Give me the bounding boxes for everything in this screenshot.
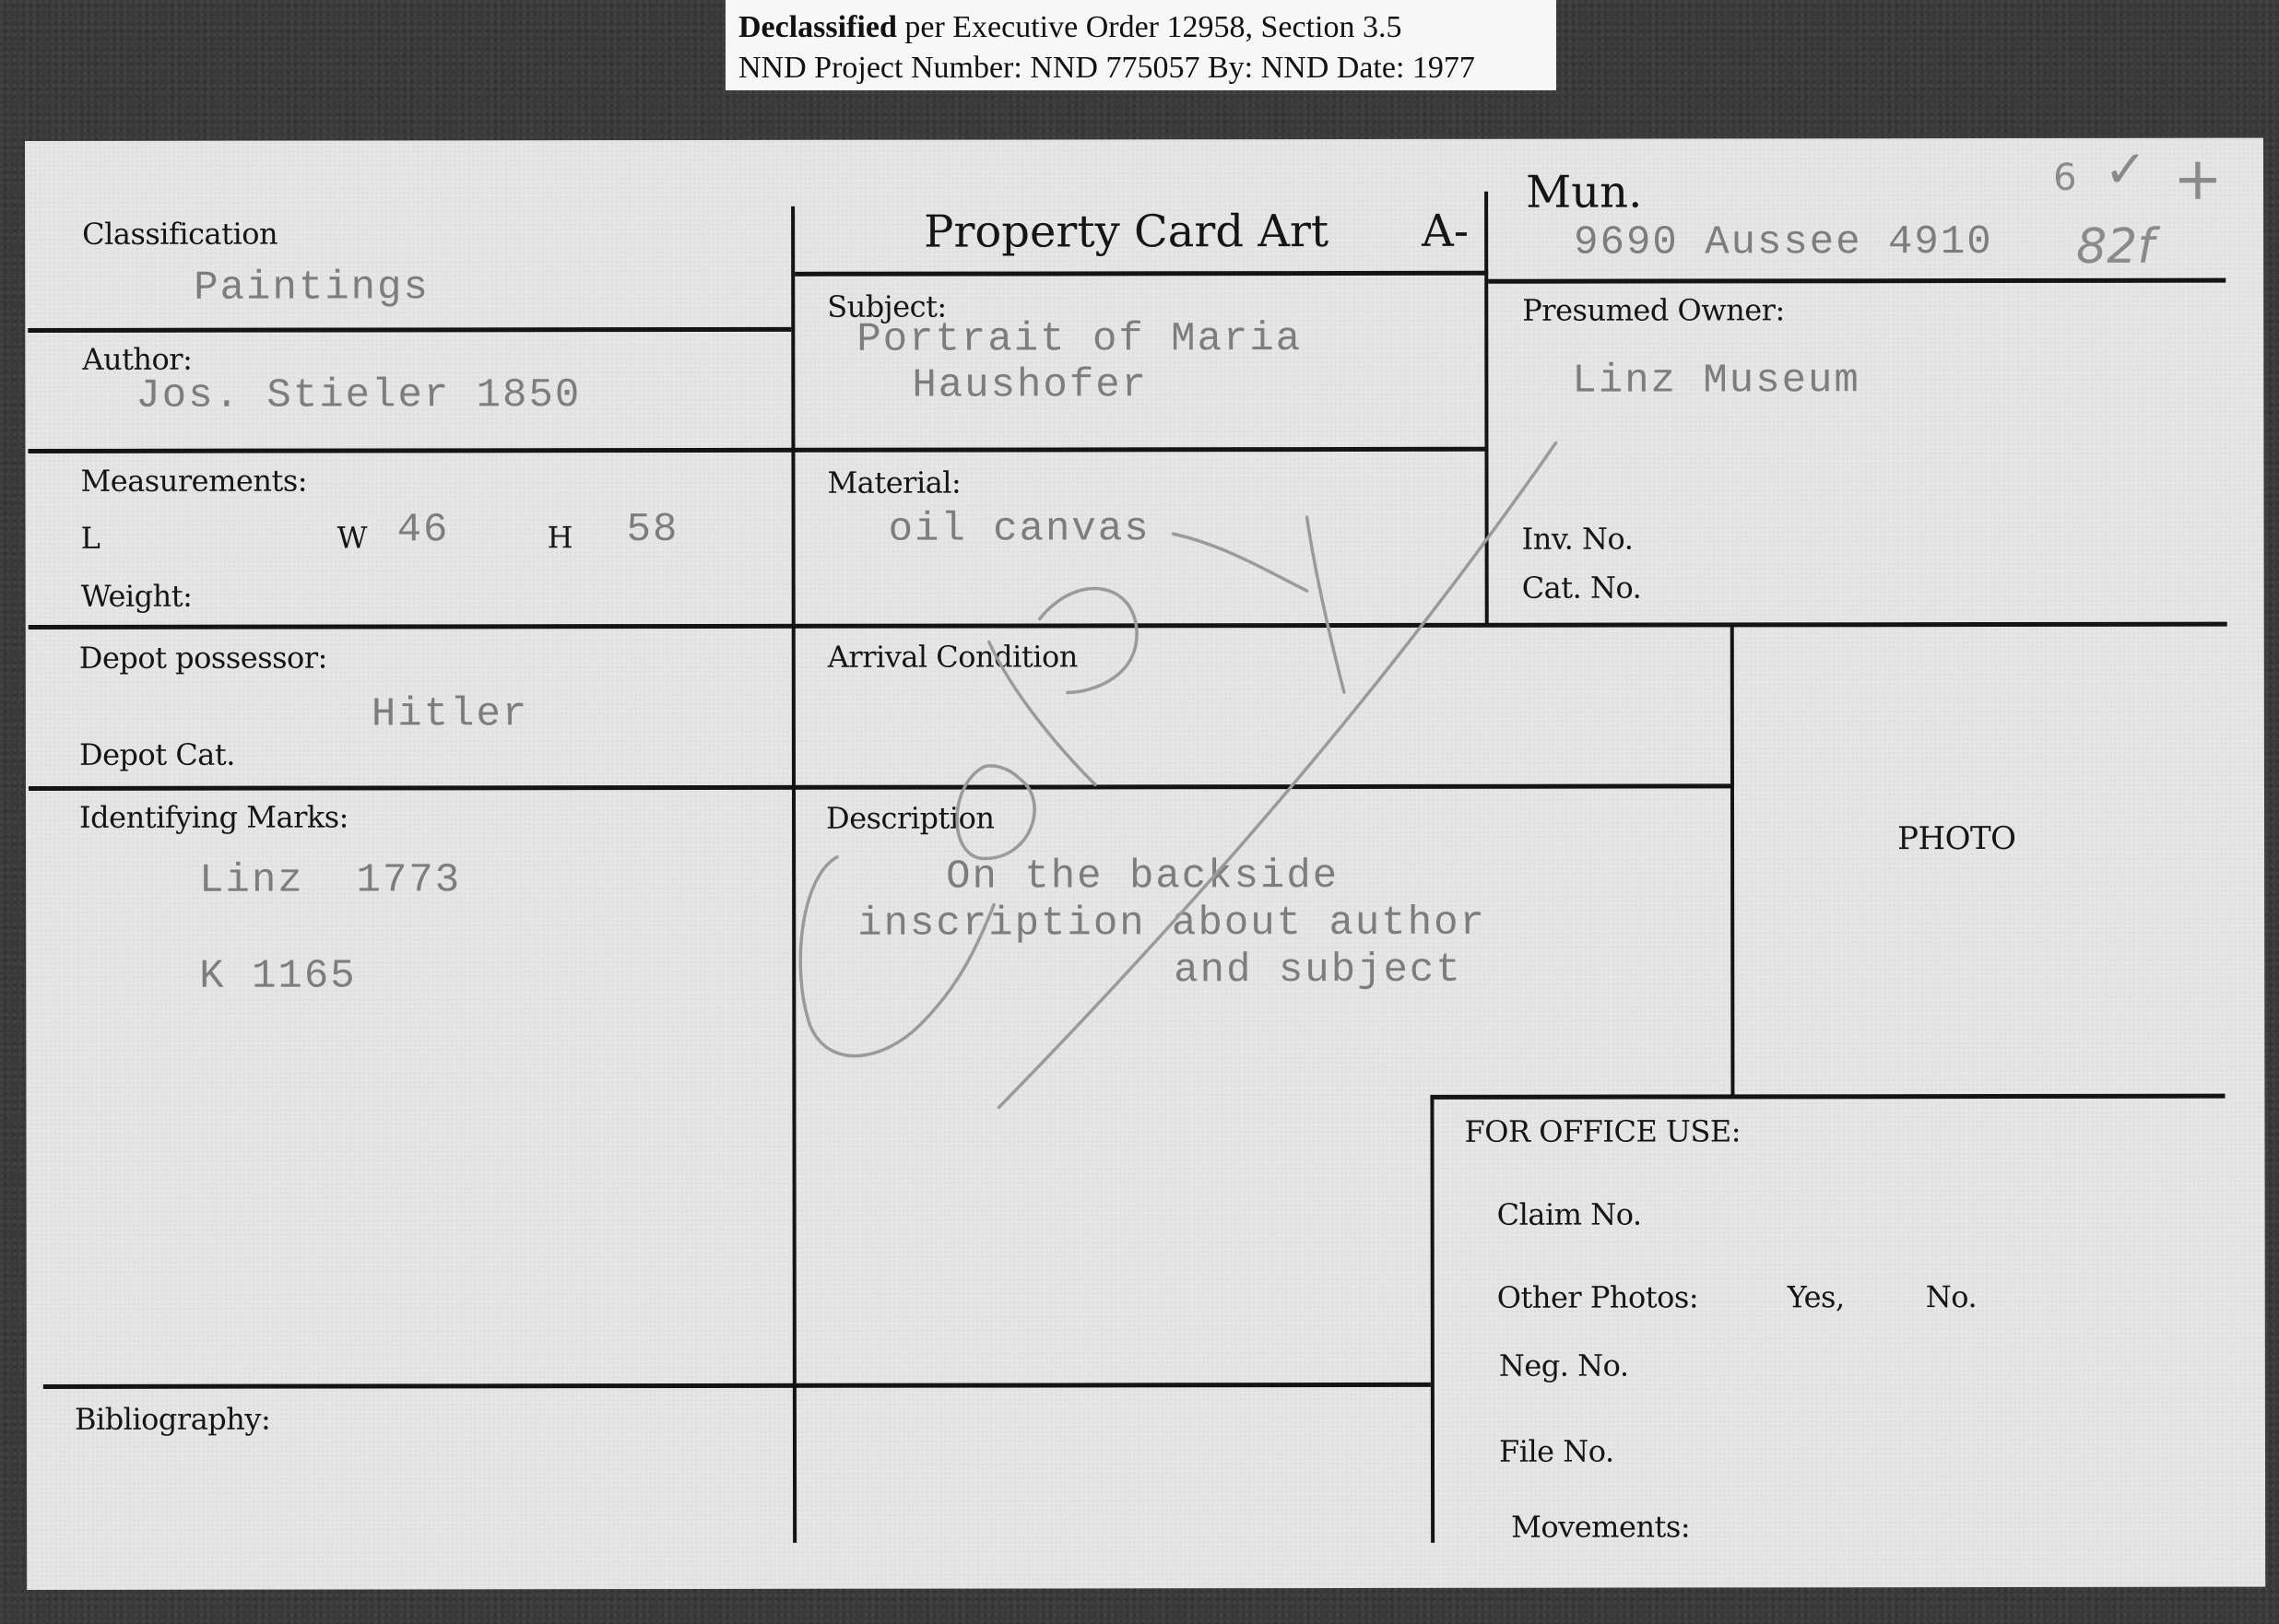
divider-classification bbox=[28, 327, 791, 333]
width-label: W bbox=[337, 520, 367, 555]
subject-value-line-2: Haushofer bbox=[912, 362, 1148, 408]
divider-vertical-middle bbox=[791, 206, 797, 1543]
subject-value-line-1: Portrait of Maria bbox=[856, 316, 1302, 363]
card-title-suffix: A- bbox=[1422, 206, 1469, 257]
file-no-label: File No. bbox=[1499, 1434, 1614, 1469]
height-value: 58 bbox=[627, 507, 679, 553]
office-use-label: FOR OFFICE USE: bbox=[1464, 1113, 1741, 1148]
material-value: oil canvas bbox=[889, 506, 1151, 552]
depot-possessor-label: Depot possessor: bbox=[79, 641, 327, 676]
mun-value: 9690 Aussee 4910 bbox=[1574, 219, 1993, 266]
inv-no-label: Inv. No. bbox=[1522, 522, 1634, 557]
presumed-owner-value: Linz Museum bbox=[1572, 358, 1860, 404]
claim-no-label: Claim No. bbox=[1497, 1197, 1642, 1232]
identifying-marks-line-2: K 1165 bbox=[199, 953, 357, 999]
presumed-owner-label: Presumed Owner: bbox=[1522, 292, 1785, 327]
photo-label: PHOTO bbox=[1897, 820, 2016, 857]
executive-order-text: per Executive Order 12958, Section 3.5 bbox=[897, 10, 1402, 44]
other-photos-no: No. bbox=[1926, 1279, 1977, 1314]
handwritten-check-icon: ✓ bbox=[2104, 140, 2147, 200]
handwritten-plus-icon: + bbox=[2173, 146, 2223, 214]
material-label: Material: bbox=[827, 465, 961, 500]
divider-title bbox=[795, 271, 1488, 277]
measurements-label: Measurements: bbox=[80, 464, 307, 499]
divider-vertical-office bbox=[1430, 1097, 1435, 1543]
card-title: Property Card Art bbox=[924, 206, 1328, 258]
divider-depot-arrival bbox=[29, 783, 1734, 791]
divider-measurements-material bbox=[29, 622, 2227, 630]
description-line-1: On the backside bbox=[946, 853, 1339, 900]
description-line-2: inscription about author bbox=[857, 900, 1486, 947]
property-card: Classification Paintings Property Card A… bbox=[25, 138, 2265, 1590]
divider-author-subject bbox=[28, 447, 1484, 453]
divider-bibliography bbox=[43, 1383, 1431, 1389]
declassification-label: Declassified per Executive Order 12958, … bbox=[726, 0, 1556, 90]
movements-label: Movements: bbox=[1511, 1509, 1690, 1544]
neg-no-label: Neg. No. bbox=[1499, 1348, 1629, 1383]
divider-mun bbox=[1488, 278, 2226, 284]
width-value: 46 bbox=[397, 507, 450, 553]
depot-cat-label: Depot Cat. bbox=[79, 737, 235, 772]
handwritten-six: 6 bbox=[2053, 157, 2077, 199]
description-label: Description bbox=[826, 801, 994, 836]
description-line-3: and subject bbox=[1174, 947, 1462, 994]
mun-label: Mun. bbox=[1526, 167, 1642, 218]
cat-no-label: Cat. No. bbox=[1522, 571, 1642, 606]
declassification-line-2: NND Project Number: NND 775057 By: NND D… bbox=[738, 48, 1556, 88]
other-photos-label: Other Photos: bbox=[1497, 1279, 1698, 1314]
classification-value: Paintings bbox=[194, 265, 430, 311]
bibliography-label: Bibliography: bbox=[75, 1402, 270, 1437]
classification-label: Classification bbox=[82, 217, 277, 252]
weight-label: Weight: bbox=[81, 579, 193, 614]
height-label: H bbox=[548, 520, 573, 555]
author-value: Jos. Stieler 1850 bbox=[136, 372, 581, 419]
divider-vertical-owner bbox=[1484, 192, 1489, 627]
identifying-marks-line-1: Linz 1773 bbox=[199, 857, 461, 903]
declassified-word: Declassified bbox=[738, 10, 897, 44]
other-photos-yes: Yes, bbox=[1788, 1279, 1845, 1314]
depot-possessor-value: Hitler bbox=[372, 691, 529, 737]
author-label: Author: bbox=[82, 342, 192, 377]
divider-vertical-photo bbox=[1730, 626, 1735, 1096]
mun-handwritten-code: 82f bbox=[2076, 219, 2155, 275]
arrival-condition-label: Arrival Condition bbox=[828, 639, 1078, 674]
identifying-marks-label: Identifying Marks: bbox=[79, 800, 348, 835]
declassification-line-1: Declassified per Executive Order 12958, … bbox=[738, 7, 1556, 48]
divider-office-top bbox=[1430, 1094, 2225, 1100]
length-label: L bbox=[81, 521, 100, 556]
